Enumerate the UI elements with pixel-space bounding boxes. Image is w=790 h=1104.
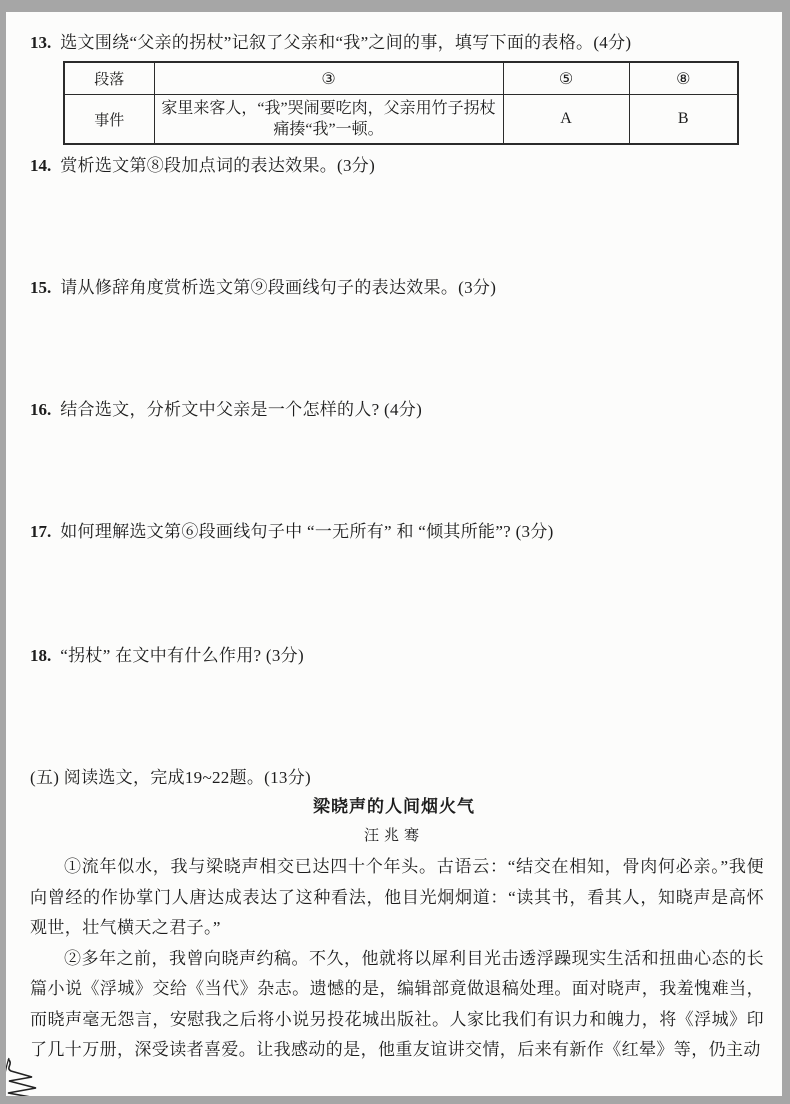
essay-paragraph-1: ①流年似水，我与梁晓声相交已达四十个年头。古语云：“结交在相知，骨肉何必亲。”我…: [30, 852, 764, 944]
exam-page: 13.选文围绕“父亲的拐杖”记叙了父亲和“我”之间的事，填写下面的表格。(4分)…: [6, 12, 782, 1096]
question-16-text: 结合选文，分析文中父亲是一个怎样的人? (4分): [60, 400, 422, 419]
question-17-number: 17.: [30, 522, 51, 541]
question-14-number: 14.: [30, 156, 51, 175]
header-paragraph-label: 段落: [64, 62, 154, 95]
header-paragraph-8: ⑧: [629, 62, 738, 95]
question-15: 15.请从修辞角度赏析选文第⑨段画线句子的表达效果。(3分): [30, 277, 770, 299]
question-18-text: “拐杖” 在文中有什么作用? (3分): [60, 646, 304, 665]
essay-author: 汪兆骞: [6, 824, 782, 845]
header-paragraph-3: ③: [154, 62, 503, 95]
section-five-heading: (五) 阅读选文，完成19~22题。(13分): [30, 763, 770, 788]
question-15-text: 请从修辞角度赏析选文第⑨段画线句子的表达效果。(3分): [60, 278, 496, 297]
question-16-number: 16.: [30, 400, 51, 419]
scanned-exam-page: { "colors": { "page_background": "#fcfcf…: [0, 0, 790, 1104]
question-17: 17.如何理解选文第⑥段画线句子中 “一无所有” 和 “倾其所能”? (3分): [30, 521, 770, 543]
table-header-row: 段落 ③ ⑤ ⑧: [64, 62, 738, 95]
essay-paragraph-2: ②多年之前，我曾向晓声约稿。不久，他就将以犀利目光击透浮躁现实生活和扭曲心态的长…: [30, 944, 764, 1066]
question-13-text: 选文围绕“父亲的拐杖”记叙了父亲和“我”之间的事，填写下面的表格。(4分): [60, 33, 631, 52]
question-13-number: 13.: [30, 33, 51, 52]
header-paragraph-5: ⑤: [503, 62, 629, 95]
event-cell-blank-a: A: [503, 95, 629, 145]
event-cell-paragraph-3: 家里来客人，“我”哭闹要吃肉，父亲用竹子拐杖痛揍“我”一顿。: [154, 95, 503, 145]
table-event-row: 事件 家里来客人，“我”哭闹要吃肉，父亲用竹子拐杖痛揍“我”一顿。 A B: [64, 95, 738, 145]
essay-title: 梁晓声的人间烟火气: [6, 792, 782, 817]
event-cell-blank-b: B: [629, 95, 738, 145]
question-14-text: 赏析选文第⑧段加点词的表达效果。(3分): [60, 156, 375, 175]
question-13: 13.选文围绕“父亲的拐杖”记叙了父亲和“我”之间的事，填写下面的表格。(4分): [30, 32, 770, 54]
question-18-number: 18.: [30, 646, 51, 665]
question-18: 18.“拐杖” 在文中有什么作用? (3分): [30, 645, 770, 667]
question-13-table: 段落 ③ ⑤ ⑧ 事件 家里来客人，“我”哭闹要吃肉，父亲用竹子拐杖痛揍“我”一…: [63, 61, 739, 145]
question-14: 14.赏析选文第⑧段加点词的表达效果。(3分): [30, 155, 770, 177]
event-row-label: 事件: [64, 95, 154, 145]
page-curl-mark: [6, 1056, 62, 1096]
question-15-number: 15.: [30, 278, 51, 297]
question-17-text: 如何理解选文第⑥段画线句子中 “一无所有” 和 “倾其所能”? (3分): [60, 522, 553, 541]
question-16: 16.结合选文，分析文中父亲是一个怎样的人? (4分): [30, 399, 770, 421]
essay-passage: ①流年似水，我与梁晓声相交已达四十个年头。古语云：“结交在相知，骨肉何必亲。”我…: [30, 852, 764, 1066]
